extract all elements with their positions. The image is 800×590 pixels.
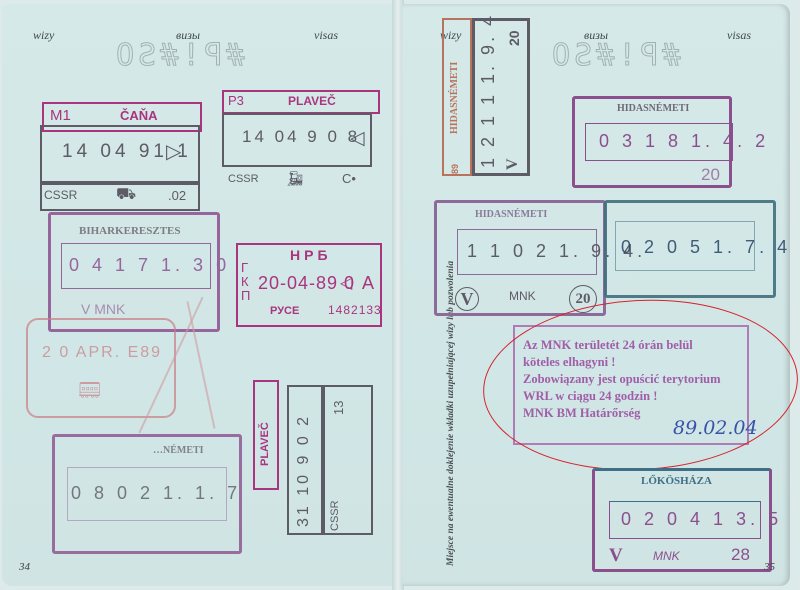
stamp-h3-letter: V [455, 287, 479, 311]
stamp-plavec-2-country: CSSR [329, 500, 341, 531]
stamp-faded-date: 0 8 0 2 1. 1. 7 [71, 483, 241, 504]
header-visas-left: visas [314, 28, 338, 43]
stamp-h2-number: 20 [701, 165, 720, 185]
stamp-cana-code2: .02 [168, 188, 186, 203]
stamp-plavec-2-header: PLAVEČ [253, 380, 279, 492]
stamp-lokoshaza-country: MNK [653, 549, 680, 563]
stamp-vertical-number: 20 [506, 30, 522, 46]
passport-spread: wizy визы visas #P!#SO wizy визы visas #… [0, 0, 800, 590]
header-visas-right: visas [727, 28, 751, 43]
stamp-nrb-letter: A [362, 273, 374, 294]
stamp-nrb-country: НРБ [290, 247, 332, 263]
stamp-h3-country: MNK [509, 289, 536, 303]
stamp-biharkeresztes-date: 0 4 1 7 1. 3 0 [69, 255, 230, 276]
stamp-unnamed-blue: 0 2 0 5 1. 7. 4 [604, 200, 776, 298]
stamp-hidasnemeti-2: HIDASNÉMETI 0 3 1 8 1. 4. 2 20 [572, 96, 732, 188]
stamp-nrb-ruse: НРБ ГКП 20-04-89 0 ◁ A РУСЕ 1482133 [236, 243, 382, 327]
stamp-hidasnemeti-faded: …NÉMETI 0 8 0 2 1. 1. 7 [52, 434, 242, 554]
header-wizy-left: wizy [33, 28, 54, 43]
stamp-nrb-serial: 1482133 [328, 303, 382, 317]
stamp-plavec-1-country: CSSR [228, 173, 259, 185]
exit-arrow-icon: ▷ [166, 139, 181, 164]
perforated-number-right: #P!#SO [548, 38, 680, 73]
stamp-lokoshaza-number: 28 [731, 545, 750, 565]
stamp-vertical-letter: V [504, 158, 522, 170]
stamp-plavec-2: 31 10 9 0 2 CSSR 13 [287, 385, 377, 541]
stamp-cana-code: M1 [50, 107, 71, 124]
stamp-red-date: 2 0 APR. E89 [42, 344, 162, 362]
stamp-blue-date: 0 2 0 5 1. 7. 4 [621, 237, 791, 258]
stamp-biharkeresztes-bottom: V MNK [81, 301, 125, 317]
stamp-lokoshaza-letter: V [609, 545, 623, 567]
train-icon: 🚃︎ [78, 380, 101, 401]
stamp-plavec-1: 14 04 9 0 8 ◁ CSSR 🚂︎ C• [222, 113, 388, 195]
stamp-lokoshaza-place: LŐKÖSHÁZA [641, 475, 712, 487]
car-icon: ⛟ [116, 185, 136, 205]
stamp-vertical-date: 1 2 1 1 1. 9. 4 [478, 13, 499, 168]
train-icon: 🚂︎ [286, 170, 304, 187]
entry-arrow-icon: ◁ [340, 273, 352, 293]
stamp-nrb-place: РУСЕ [270, 305, 299, 317]
stamp-h2-date: 0 3 1 8 1. 4. 2 [599, 131, 769, 152]
page-number-left: 34 [19, 561, 30, 573]
stamp-cana-place: ČAŇA [120, 108, 158, 123]
stamp-faded-place: …NÉMETI [153, 445, 204, 456]
stamp-plavec-1-code2: C• [342, 171, 356, 186]
stamp-cana-body: 14 04 91 1 ▷ CSSR ⛟ .02 [40, 125, 210, 213]
stamp-h2-place: HIDASNÉMETI [617, 103, 689, 114]
stamp-plavec-1-date: 14 04 9 0 8 [242, 127, 360, 147]
stamp-plavec-1-code: P3 [228, 93, 244, 108]
perforated-number-left: #P!#SO [112, 38, 244, 73]
stamp-lokoshaza: LŐKÖSHÁZA 0 2 0 4 1 3. 5 V MNK 28 [592, 468, 772, 572]
entry-arrow-icon: ◁ [350, 127, 365, 150]
stamp-h3-place: HIDASNÉMETI [475, 209, 547, 220]
stamp-lokoshaza-date: 0 2 0 4 1 3. 5 [621, 509, 782, 530]
page-number-right: 35 [764, 561, 775, 573]
stamp-plavec-2-date: 31 10 9 0 2 [295, 414, 313, 527]
stamp-plavec-2-place: PLAVEČ [259, 422, 271, 466]
stamp-plavec-1-place: PLAVEČ [288, 94, 336, 108]
stamp-plavec-2-code: 13 [331, 401, 346, 415]
stamp-hidasnemeti-vertical: HIDASNÉMETI 89 1 2 1 1 1. 9. 4 V 20 [442, 18, 532, 178]
stamp-nrb-side-letters: ГКП [241, 261, 251, 303]
stamp-vertical-year: 89 [450, 164, 460, 174]
stamp-vertical-place: HIDASNÉMETI [449, 62, 460, 134]
stamp-cana-country: CSSR [44, 188, 77, 202]
stamp-plavec-1-header: P3 PLAVEČ [222, 90, 388, 114]
stamp-biharkeresztes-place: BIHARKERESZTES [79, 225, 180, 237]
stamp-hidasnemeti-3: HIDASNÉMETI 1 1 0 2 1. 9. 4. V MNK 20 [434, 200, 606, 316]
